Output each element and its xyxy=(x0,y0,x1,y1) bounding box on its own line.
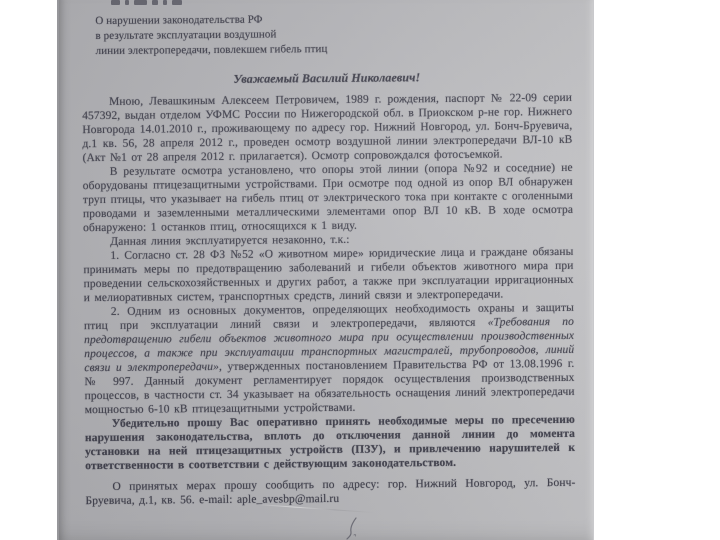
cut-off-text-fragment xyxy=(111,0,241,5)
letter-body: Мною, Левашкиным Алексеем Петровичем, 19… xyxy=(82,91,576,508)
salutation: Уважаемый Василий Николаевич! xyxy=(82,69,572,88)
paragraph-demand: Убедительно прошу Вас оперативно принять… xyxy=(85,413,575,473)
paragraph-law-item-2: 2. Одним из основных документов, определ… xyxy=(84,301,575,417)
signature-fragment xyxy=(340,515,366,540)
subject-line-3: линии электропередачи, повлекшем гибель … xyxy=(96,40,572,59)
paragraph-inspection-intro: Мною, Левашкиным Алексеем Петровичем, 19… xyxy=(82,91,573,165)
signature-squiggle-icon xyxy=(340,515,366,540)
paragraph-contact-address: О принятых мерах прошу сообщить по адрес… xyxy=(85,476,575,508)
scanned-letter-page: О нарушении законодательства РФ в резуль… xyxy=(57,0,594,540)
photo-canvas: О нарушении законодательства РФ в резуль… xyxy=(0,0,720,540)
letter-subject-block: О нарушении законодательства РФ в резуль… xyxy=(95,10,571,59)
paragraph-inspection-results: В результате осмотра установлено, что оп… xyxy=(83,161,574,235)
letter-content: О нарушении законодательства РФ в резуль… xyxy=(81,10,575,508)
paragraph-law-item-1: 1. Согласно ст. 28 ФЗ №52 «О животном ми… xyxy=(83,245,573,305)
